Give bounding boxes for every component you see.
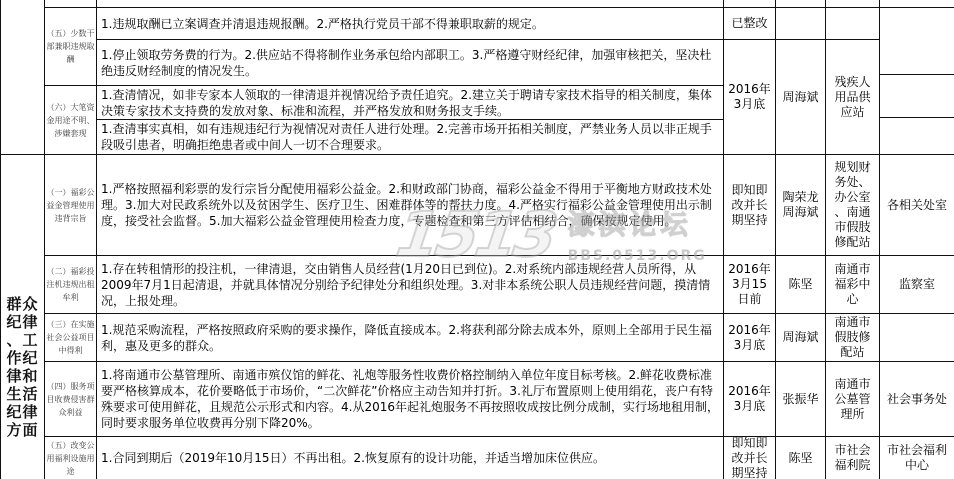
problem-label-2: （二）福彩投注机违规出租牟利: [45, 256, 97, 314]
measures-cell-5: 1.合同到期后（2019年10月15日）不再出租。2.恢复原有的设计功能，并适当…: [97, 437, 724, 479]
problem-label-1: （一）福彩公益金管理使用违背宗旨: [45, 155, 97, 256]
person-cell-3: 周海斌: [776, 314, 826, 362]
sliver-cell: [97, 0, 724, 8]
unit-cell-empty: [826, 8, 880, 40]
person-cell-2: 陈坚: [776, 256, 826, 314]
person-cell-empty: [776, 8, 826, 40]
person-cell-1: 陶荣龙周海斌: [776, 155, 826, 256]
other-unit-cell-empty: [880, 8, 954, 75]
unit-cell-2: 南通市福彩中心: [826, 256, 880, 314]
measures-cell-4: 1.将南通市公墓管理所、南通市殡仪馆的鲜花、礼炮等服务性收费价格控制纳入单位年度…: [97, 362, 724, 437]
sliver-cell: [45, 0, 97, 8]
unit-cell-1: 规划财务处、办公室、南通市假肢修配站: [826, 155, 880, 256]
person-cell-5: 陈坚: [776, 437, 826, 479]
other-unit-cell-2: 监察室: [880, 256, 954, 314]
unit-cell-3: 南通市假肢修配站: [826, 314, 880, 362]
measures-cell-c: 1.查清情况，如非专家本人领取的一律清退并视情况给予责任追究。2.建立关于聘请专…: [97, 86, 724, 120]
deadline-cell-1: 即知即改并长期坚持: [724, 155, 776, 256]
unit-cell-merged: 残疾人用品供应站: [826, 40, 880, 155]
sliver-cell: [776, 0, 826, 8]
measures-cell-d: 1.查清事实真相，如有违规违纪行为视情况对责任人进行处理。2.完善市场开拓相关制…: [97, 120, 724, 155]
measures-cell-b: 1.停止领取劳务费的行为。2.供应站不得将制作业务承包给内部职工。3.严格遵守财…: [97, 40, 724, 86]
sliver-cell: [724, 0, 776, 8]
other-unit-cell-4: 社会事务处: [880, 362, 954, 437]
deadline-cell-5: 即知即改并长期坚持: [724, 437, 776, 479]
measures-cell-a: 1.违规取酬已立案调查并清退违规报酬。2.严格执行党员干部不得兼职取薪的规定。: [97, 8, 724, 40]
measures-cell-2: 1.存在转租情形的投注机，一律清退，交由销售人员经营(1月20日已到位)。2.对…: [97, 256, 724, 314]
other-unit-cell-5: 市社会福利中心: [880, 437, 954, 479]
discipline-rectification-table: 群众纪律、工作纪律和生活纪律方面 （五）少数干部兼职违规取酬 1.违规取酬已立案…: [0, 0, 954, 479]
deadline-cell-3: 2016年3月底: [724, 314, 776, 362]
sliver-cell: [826, 0, 880, 8]
section-header-empty-cell: [1, 0, 45, 155]
unit-cell-5: 市社会福利院: [826, 437, 880, 479]
other-unit-cell-empty: [880, 118, 954, 155]
other-unit-cell-empty: [880, 75, 954, 118]
problem-label-group5: （五）少数干部兼职违规取酬: [45, 8, 97, 86]
sliver-cell: [880, 0, 954, 8]
section-header-vertical: 群众纪律、工作纪律和生活纪律方面: [1, 155, 45, 479]
status-cell-rectified: 已整改: [724, 8, 776, 40]
person-cell-4: 张振华: [776, 362, 826, 437]
measures-cell-3: 1.规范采购流程，严格按照政府采购的要求操作，降低直接成本。2.将获利部分除去成…: [97, 314, 724, 362]
other-unit-cell-3: [880, 314, 954, 362]
measures-cell-1: 1.严格按照福利彩票的发行宗旨分配使用福彩公益金。2.和财政部门协商，福彩公益金…: [97, 155, 724, 256]
deadline-cell-2: 2016年3月15日前: [724, 256, 776, 314]
deadline-cell-merged: 2016年3月底: [724, 40, 776, 155]
problem-label-3: （三）在实施社会公益项目中得利: [45, 314, 97, 362]
unit-cell-4: 南通市公墓管理所: [826, 362, 880, 437]
deadline-cell-4: 2016年3月底: [724, 362, 776, 437]
problem-label-4: （四）服务项目收费侵害群众利益: [45, 362, 97, 437]
problem-label-5: （五）改变公用福利设施用途: [45, 437, 97, 479]
person-cell-merged: 周海斌: [776, 40, 826, 155]
other-unit-cell-1: 各相关处室: [880, 155, 954, 256]
problem-label-group6: （六）大笔资金用途不明、涉嫌套现: [45, 86, 97, 155]
